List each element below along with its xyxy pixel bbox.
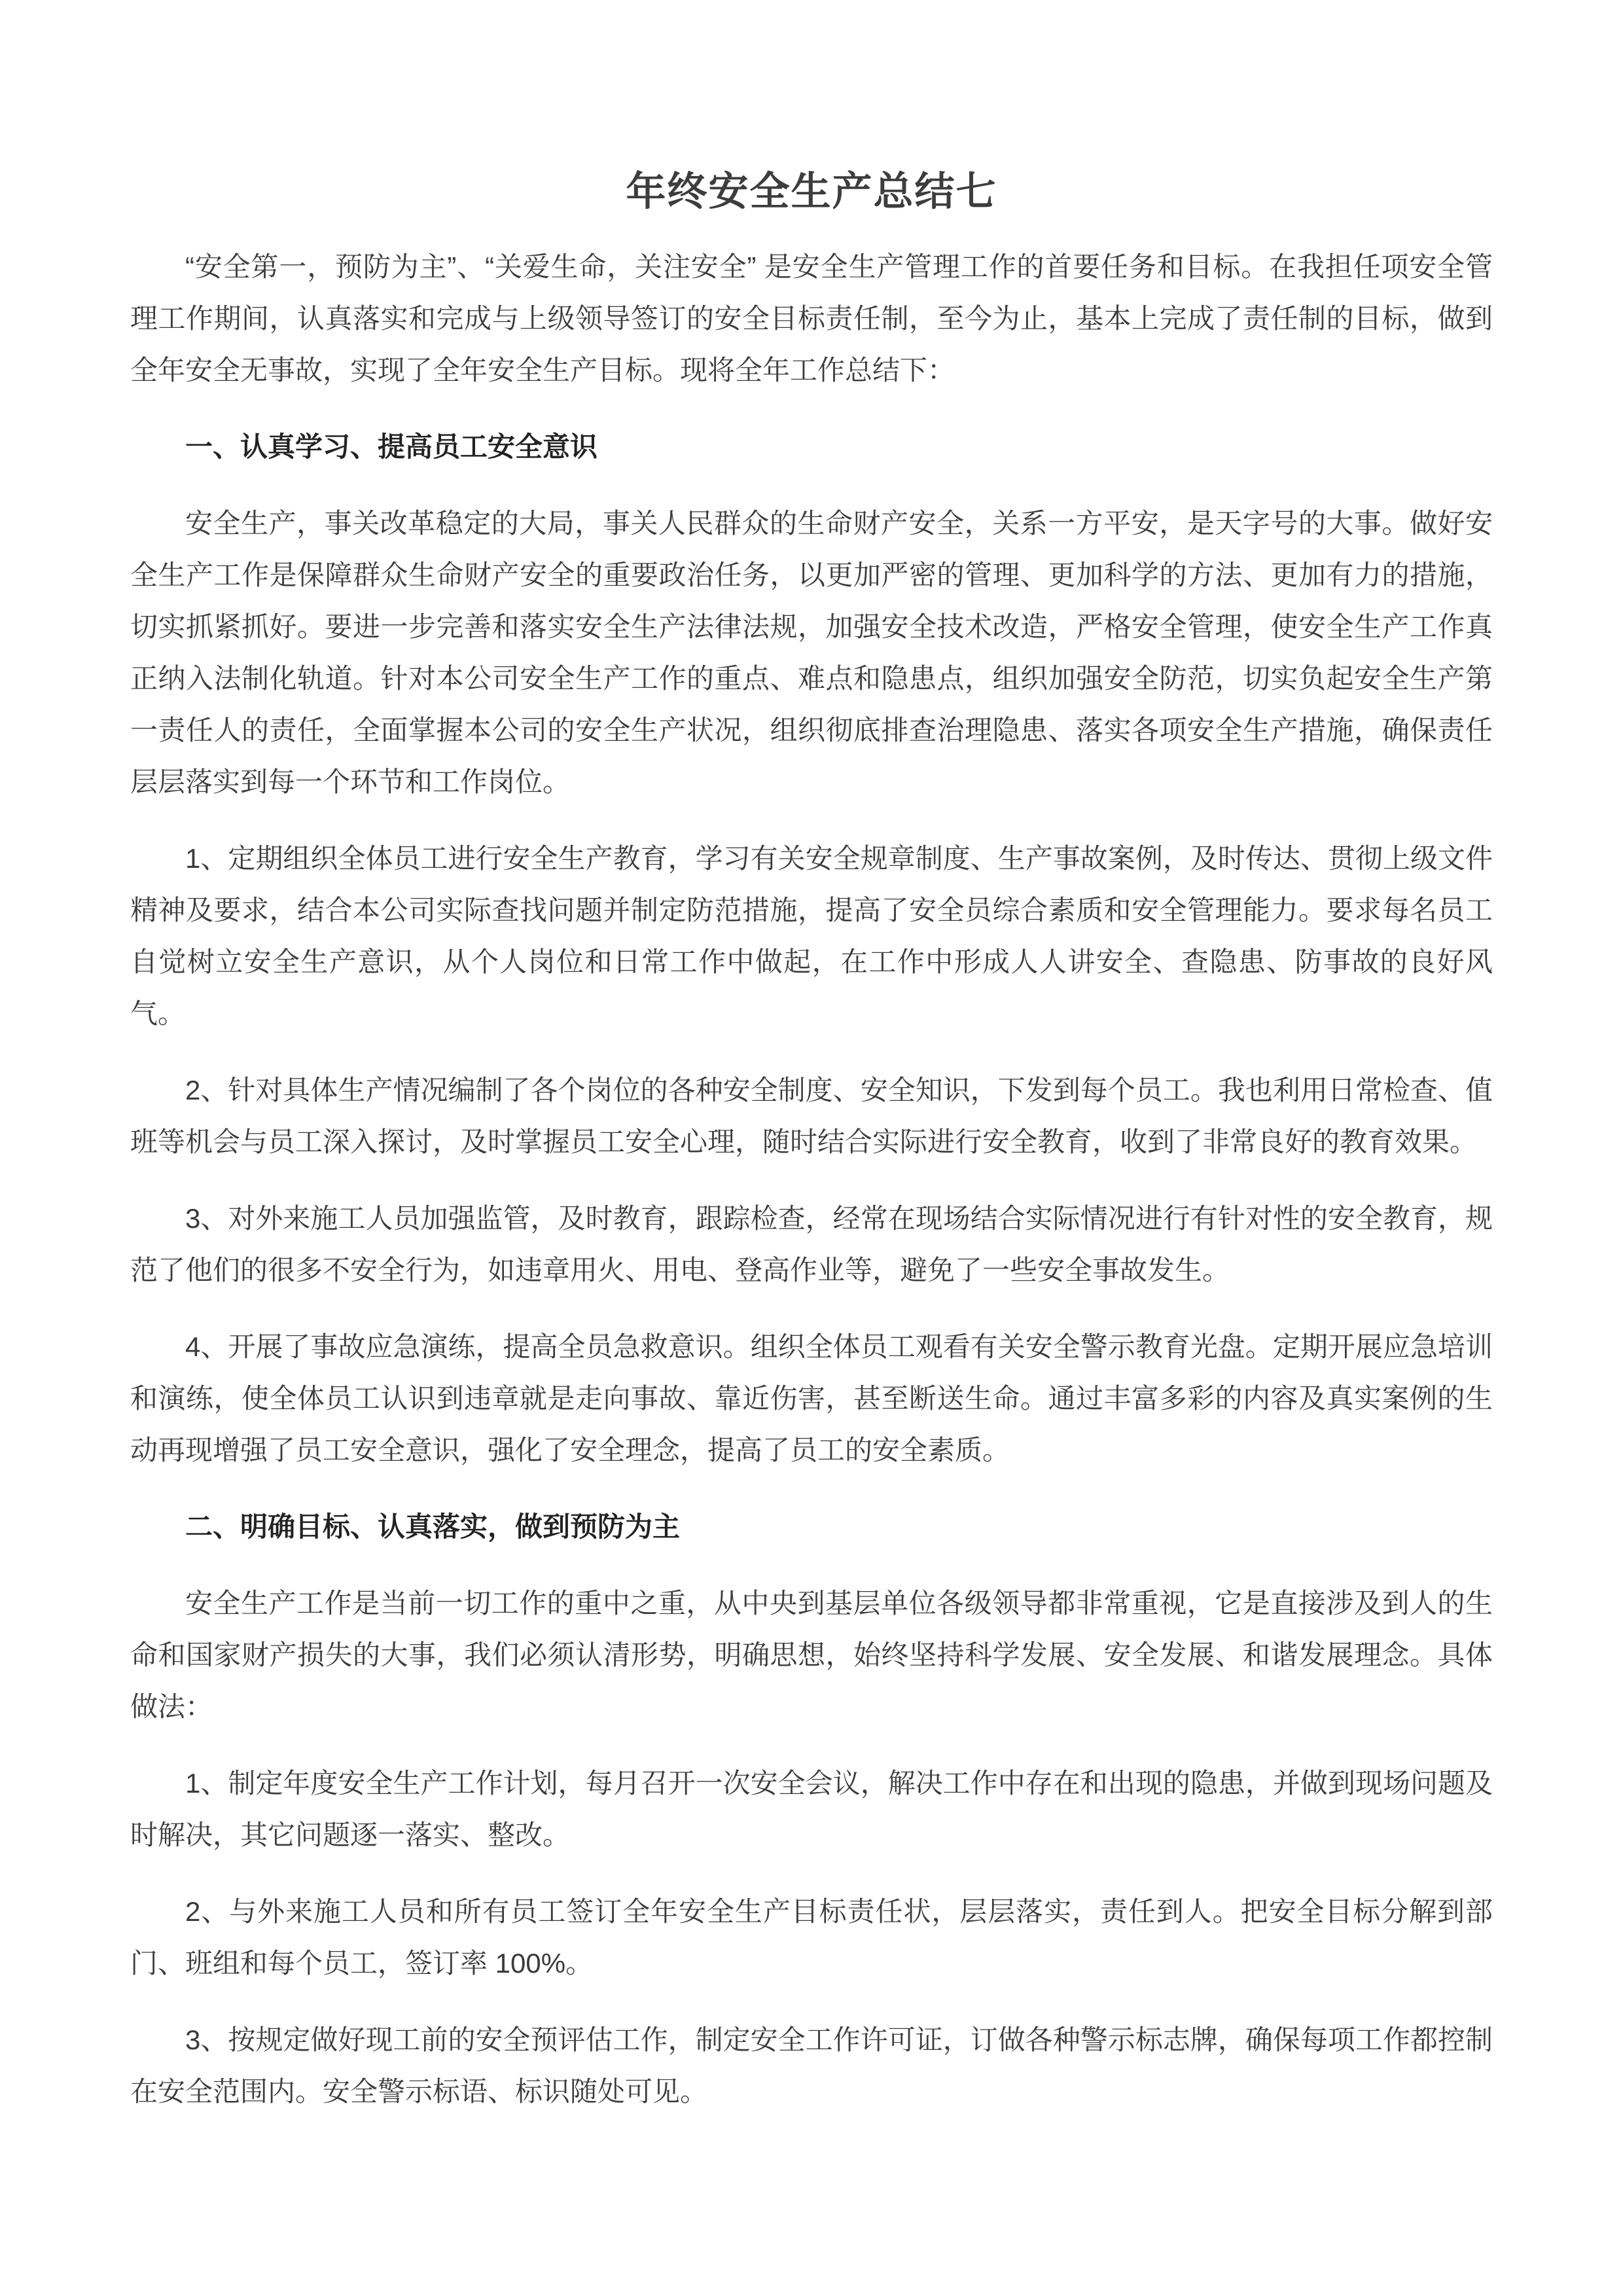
document-page: 年终安全生产总结七 “安全第一，预防为主”、“关爱生命，关注安全” 是安全生产管… — [0, 0, 1623, 2296]
section-1-item-3: 3、对外来施工人员加强监管，及时教育，跟踪检查，经常在现场结合实际情况进行有针对… — [130, 1193, 1493, 1296]
document-title: 年终安全生产总结七 — [130, 167, 1493, 216]
section-2-paragraph: 安全生产工作是当前一切工作的重中之重，从中央到基层单位各级领导都非常重视，它是直… — [130, 1577, 1493, 1732]
section-1-item-1: 1、定期组织全体员工进行安全生产教育，学习有关安全规章制度、生产事故案例，及时传… — [130, 833, 1493, 1039]
section-heading-2: 二、明确目标、认真落实，做到预防为主 — [130, 1501, 1493, 1552]
section-2-item-1: 1、制定年度安全生产工作计划，每月召开一次安全会议，解决工作中存在和出现的隐患，… — [130, 1757, 1493, 1861]
section-1-paragraph: 安全生产，事关改革稳定的大局，事关人民群众的生命财产安全，关系一方平安，是天字号… — [130, 497, 1493, 808]
section-2-item-2: 2、与外来施工人员和所有员工签订全年安全生产目标责任状，层层落实，责任到人。把安… — [130, 1886, 1493, 1989]
intro-paragraph: “安全第一，预防为主”、“关爱生命，关注安全” 是安全生产管理工作的首要任务和目… — [130, 241, 1493, 396]
section-2-item-3: 3、按规定做好现工前的安全预评估工作，制定安全工作许可证，订做各种警示标志牌，确… — [130, 2014, 1493, 2117]
section-1-item-2: 2、针对具体生产情况编制了各个岗位的各种安全制度、安全知识，下发到每个员工。我也… — [130, 1064, 1493, 1168]
section-1-item-4: 4、开展了事故应急演练，提高全员急救意识。组织全体员工观看有关安全警示教育光盘。… — [130, 1321, 1493, 1476]
section-heading-1: 一、认真学习、提高员工安全意识 — [130, 421, 1493, 473]
